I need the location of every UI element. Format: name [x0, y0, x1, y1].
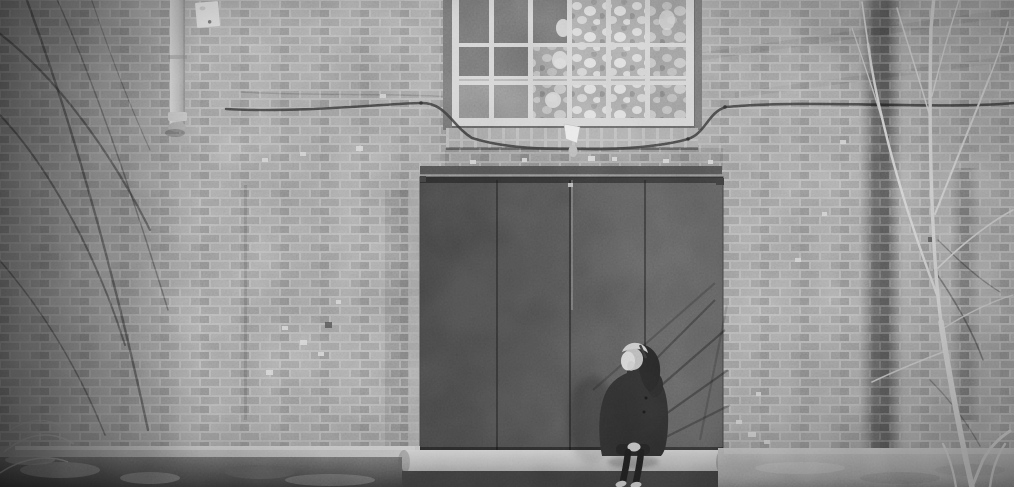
photo-canvas [0, 0, 1014, 487]
photo-texture [0, 0, 1014, 487]
photo [0, 0, 1014, 487]
